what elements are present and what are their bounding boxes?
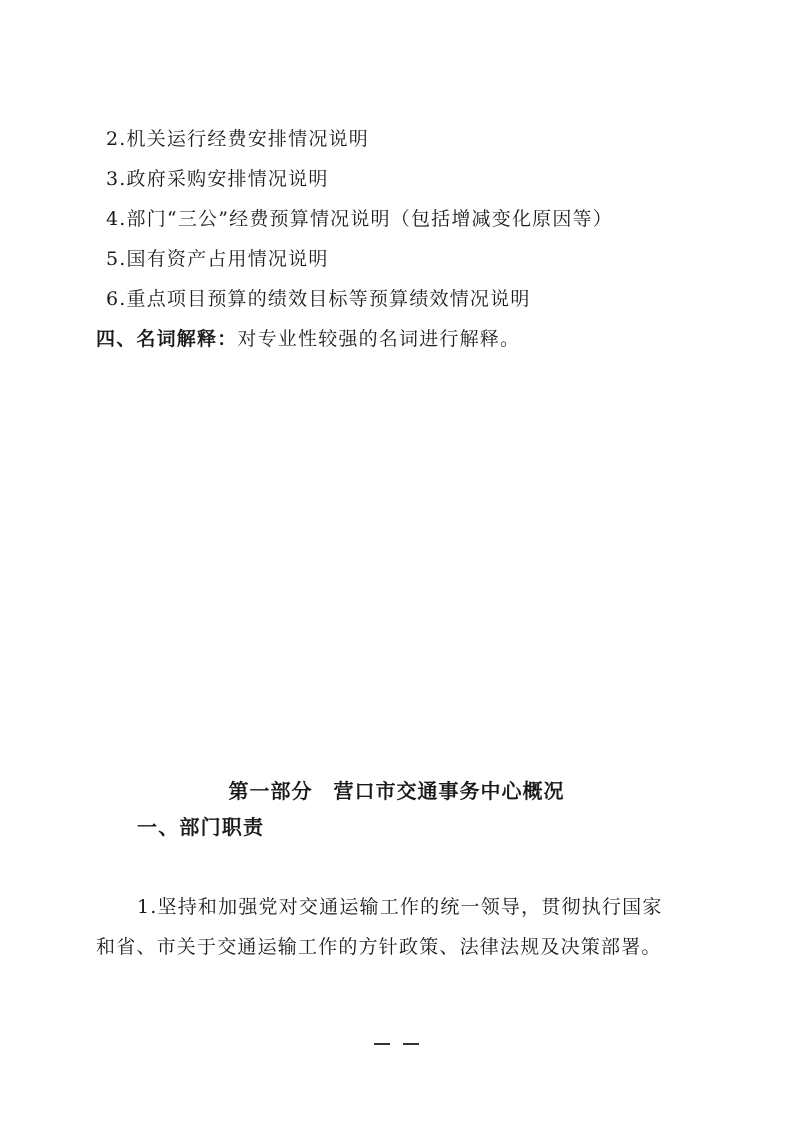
list-item-5: 5.国有资产占用情况说明	[106, 247, 329, 271]
list-text: 政府采购安排情况说明	[127, 168, 329, 190]
list-number: 3.	[106, 168, 127, 190]
footer-dash-left	[374, 1043, 390, 1045]
list-number: 4.	[106, 208, 127, 230]
paragraph-line-2: 和省、市关于交通运输工作的方针政策、法律法规及决策部署。	[96, 935, 662, 959]
part-title: 第一部分 营口市交通事务中心概况	[0, 775, 793, 804]
list-text: 国有资产占用情况说明	[127, 248, 329, 270]
list-number: 5.	[106, 248, 127, 270]
list-item-2: 2.机关运行经费安排情况说明	[106, 127, 369, 151]
list-text: 部门“三公”经费预算情况说明（包括增减变化原因等）	[127, 208, 613, 230]
footer-dash-right	[403, 1043, 419, 1045]
section-subheading: 一、部门职责	[137, 815, 264, 839]
list-number: 6.	[106, 288, 127, 310]
list-number: 2.	[106, 128, 127, 150]
list-item-3: 3.政府采购安排情况说明	[106, 167, 329, 191]
list-item-4: 4.部门“三公”经费预算情况说明（包括增减变化原因等）	[106, 207, 613, 231]
paragraph-line-1: 1.坚持和加强党对交通运输工作的统一领导，贯彻执行国家	[137, 895, 663, 919]
list-text: 机关运行经费安排情况说明	[127, 128, 369, 150]
list-text: 重点项目预算的绩效目标等预算绩效情况说明	[127, 288, 531, 310]
list-item-6: 6.重点项目预算的绩效目标等预算绩效情况说明	[106, 287, 531, 311]
section-heading: 四、名词解释：	[96, 328, 237, 350]
section-text: 对专业性较强的名词进行解释。	[237, 328, 520, 350]
section-four: 四、名词解释：对专业性较强的名词进行解释。	[96, 327, 520, 351]
